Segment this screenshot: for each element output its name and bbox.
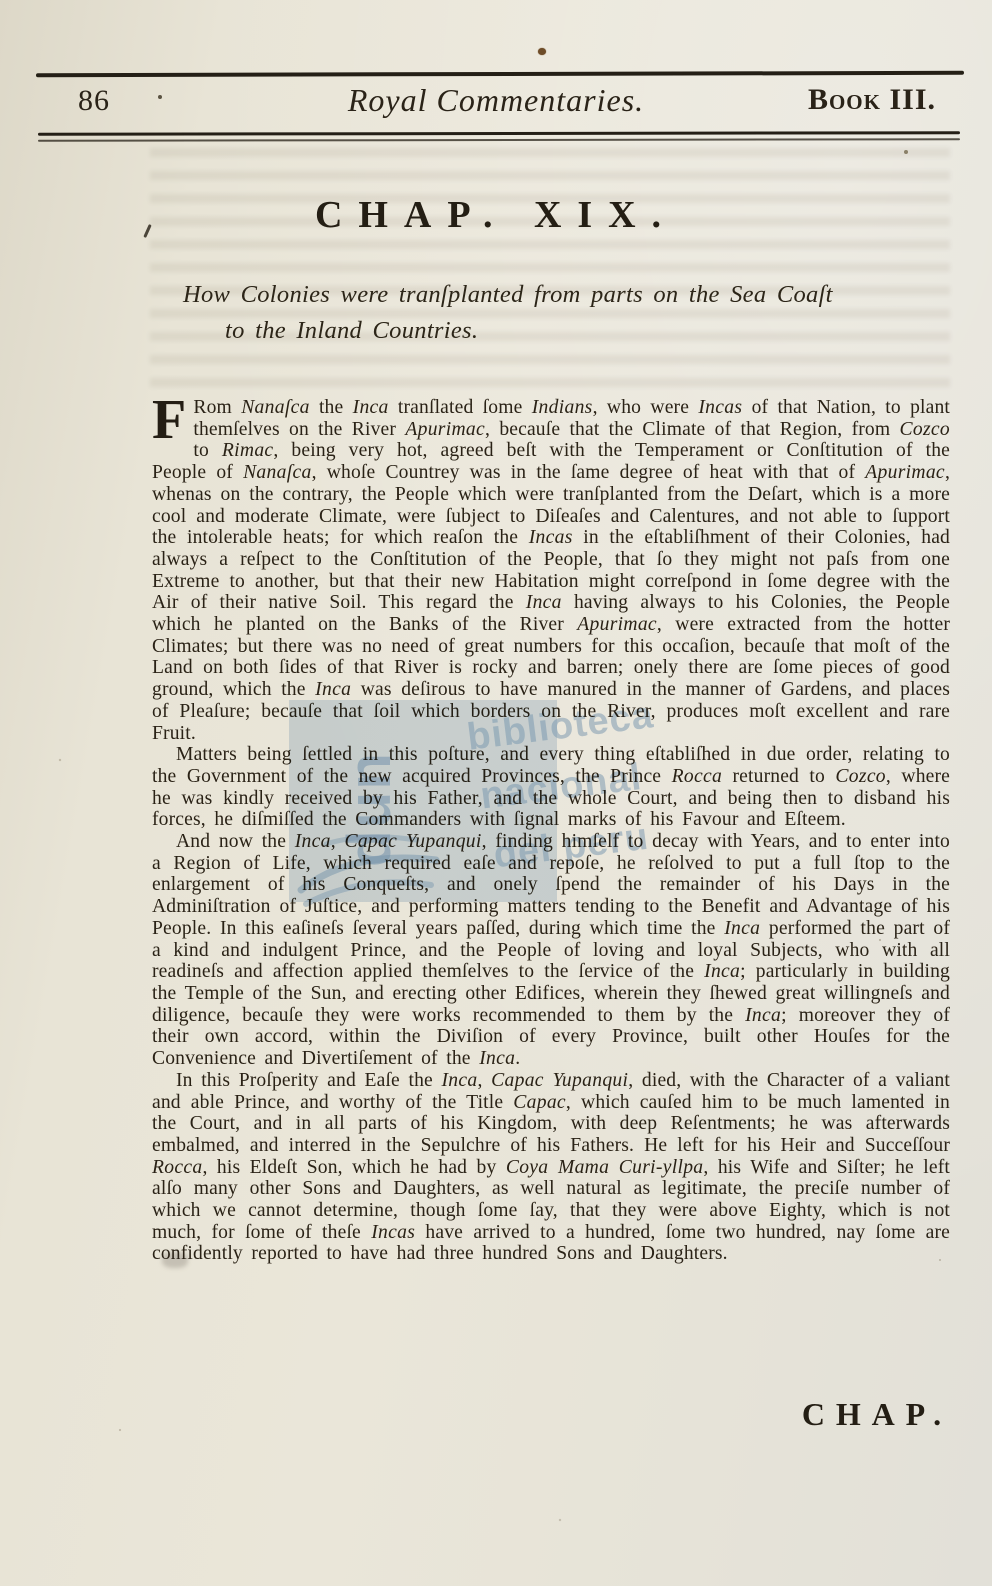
- scanned-book-page: 86 Royal Commentaries. Book III. CHAP. X…: [0, 0, 992, 1586]
- body-text: FRom Nanaſca the Inca tranſlated ſome In…: [152, 397, 950, 1265]
- paper-speck: [904, 150, 908, 154]
- chapter-heading: CHAP. XIX.: [0, 193, 992, 237]
- paragraph: FRom Nanaſca the Inca tranſlated ſome In…: [152, 397, 950, 744]
- header-rule-top: [36, 71, 964, 77]
- book-label: Book III.: [808, 83, 936, 117]
- chapter-subtitle-line1: How Colonies were tranſplanted from part…: [183, 281, 833, 309]
- paragraph: And now the Inca, Capac Yupanqui, findin…: [152, 831, 950, 1070]
- catchword: CHAP.: [802, 1396, 952, 1433]
- dropcap-letter: F: [152, 397, 193, 441]
- paragraph: Matters being ſettled in this poſture, a…: [152, 744, 950, 831]
- header-rule-bottom-thin: [38, 138, 960, 142]
- bleedthrough-texture: [150, 148, 950, 396]
- paper-speck: [538, 48, 546, 55]
- chapter-subtitle-line2: to the Inland Countries.: [225, 317, 478, 345]
- header-rule-bottom-thick: [38, 131, 960, 136]
- paragraph: In this Proſperity and Eaſe the Inca, Ca…: [152, 1070, 950, 1265]
